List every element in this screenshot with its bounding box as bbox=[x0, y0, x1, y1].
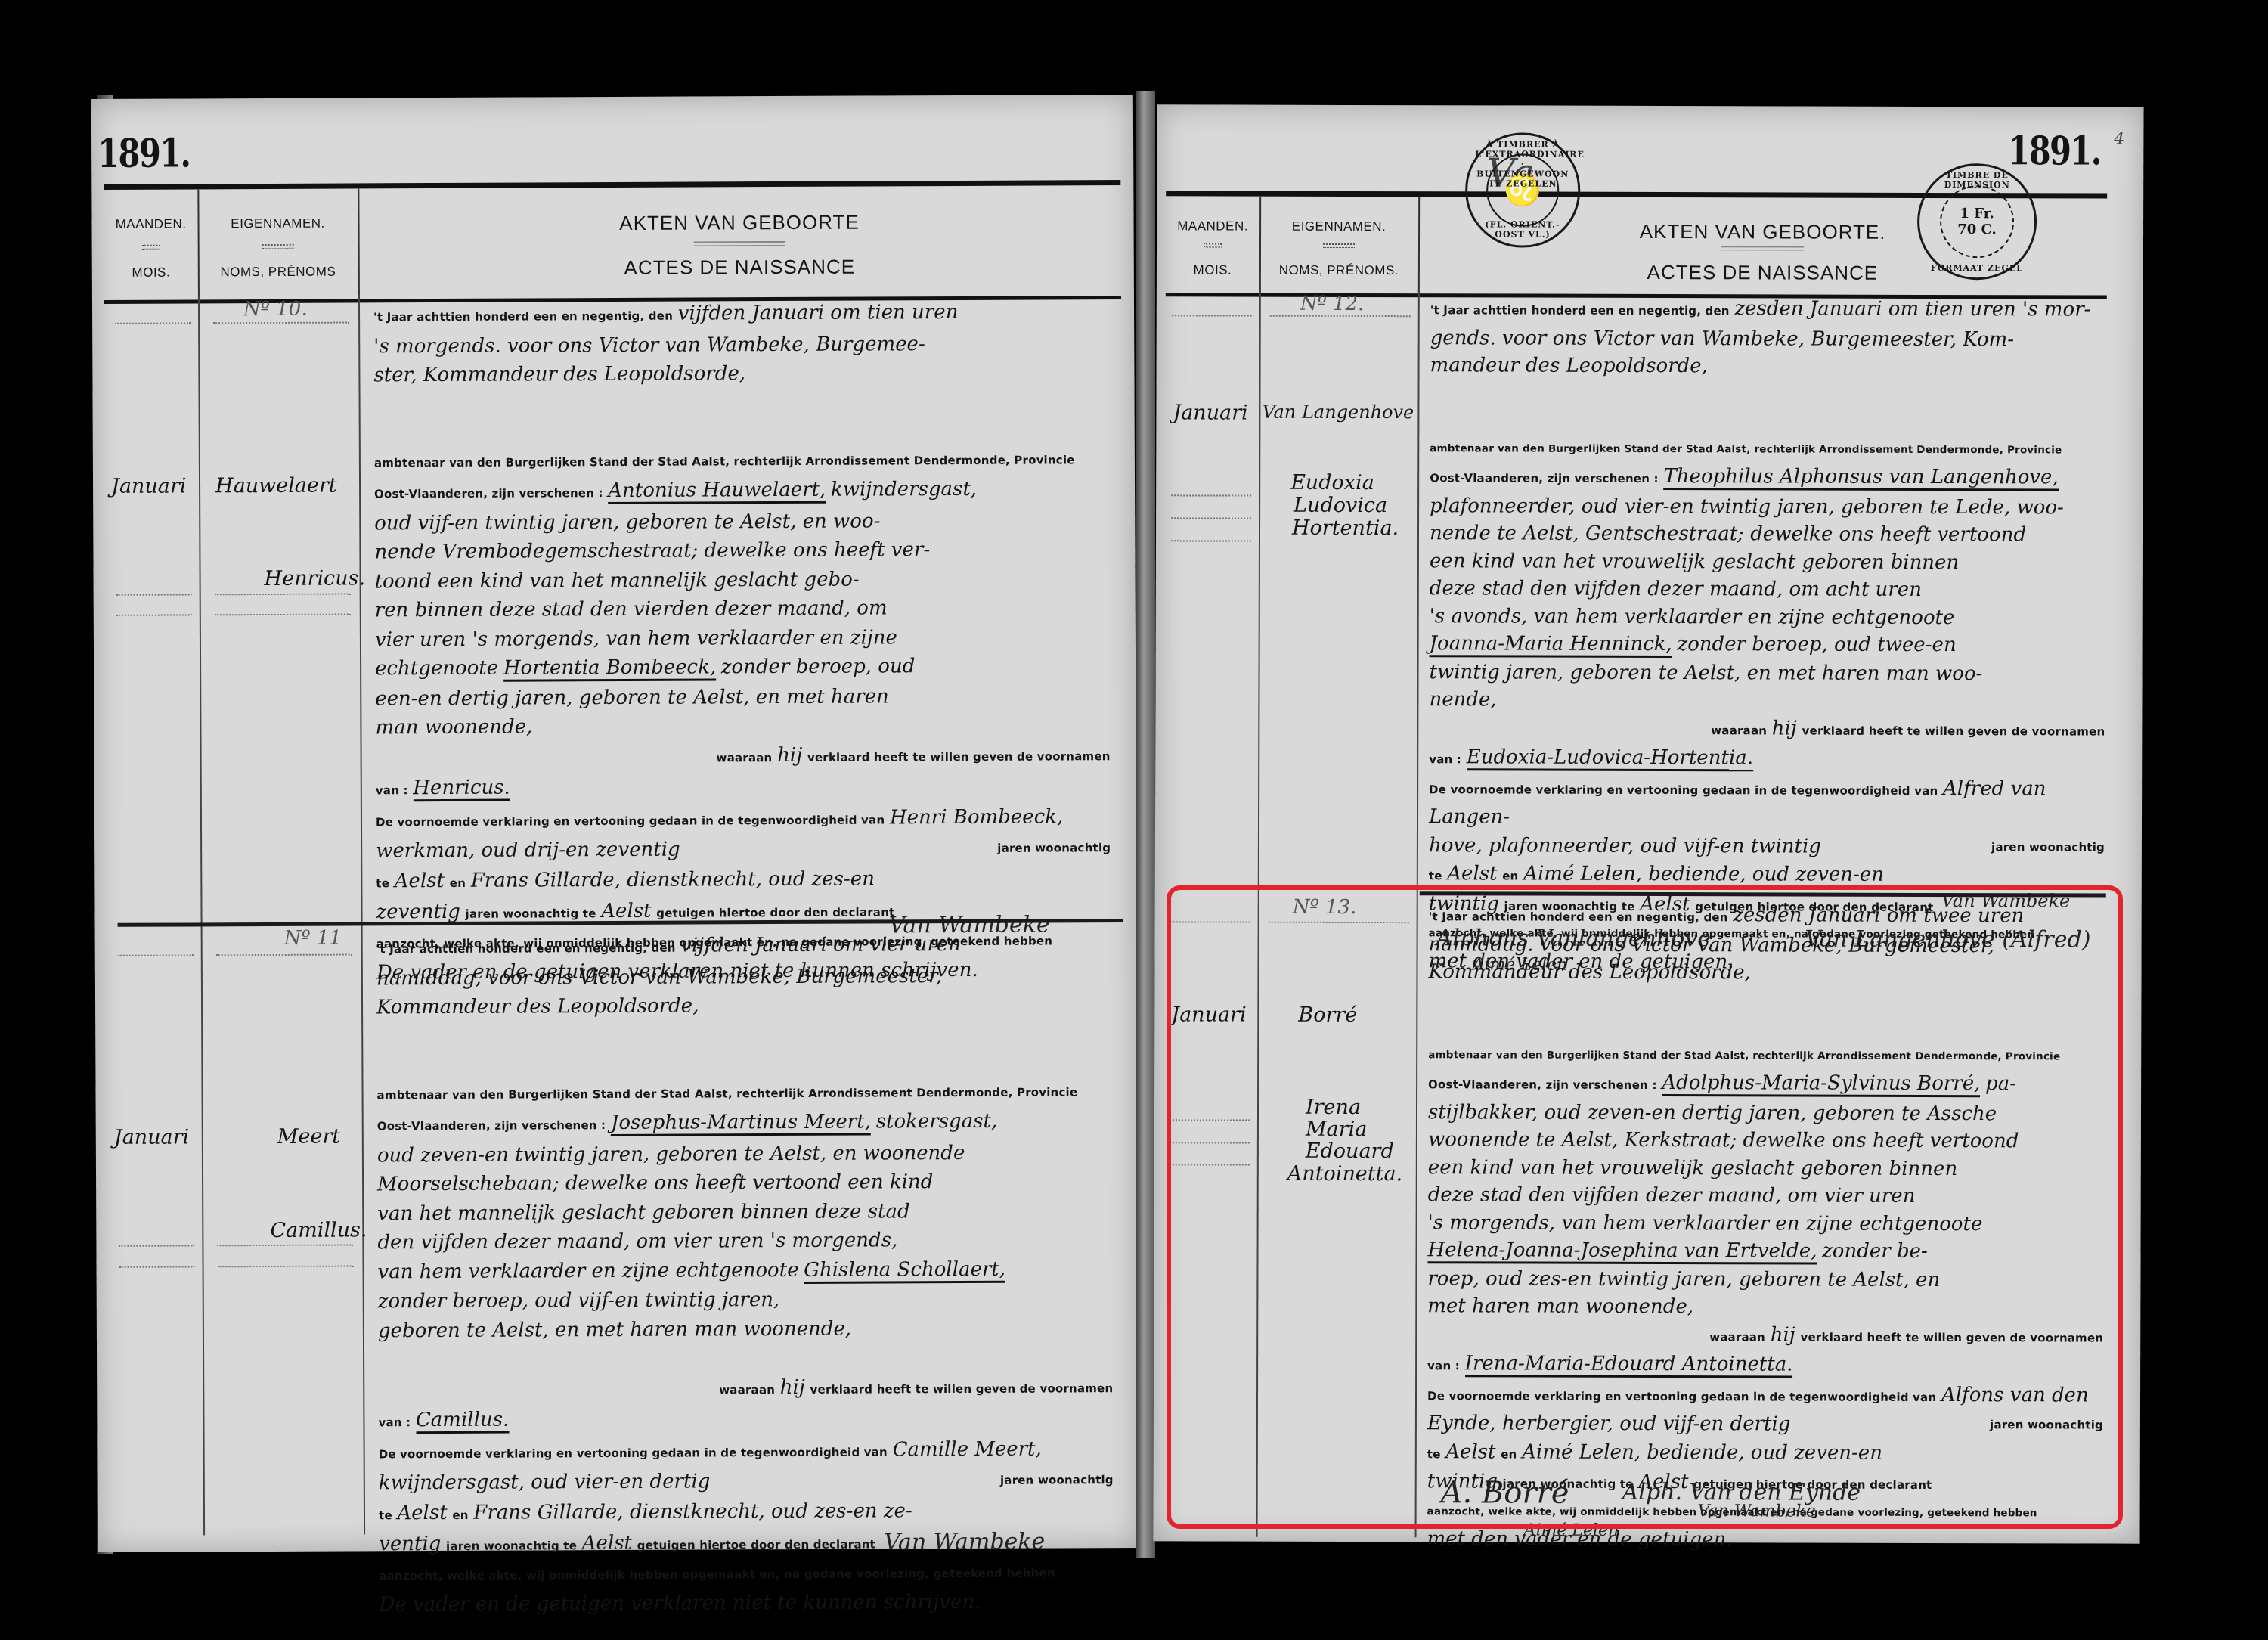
book-spine bbox=[1136, 91, 1155, 1558]
printed-label: van : bbox=[1427, 1359, 1460, 1372]
printed-text: De voornoemde verklaring en vertooning g… bbox=[1427, 1389, 1936, 1404]
declarant-occupation: stokersgast, bbox=[876, 1110, 998, 1133]
handwritten-line: met haren man woonende, bbox=[1427, 1292, 2103, 1322]
printed-official: ambtenaar van den Burgerlijken Stand der… bbox=[1430, 435, 2105, 464]
printed-closing: aanzocht, welke akte, wij onmiddelijk he… bbox=[379, 1558, 1114, 1591]
header-months-fr: MOIS. bbox=[104, 265, 198, 281]
handwritten-word: hij bbox=[780, 1375, 805, 1398]
header-names-fr: NOMS, PRÉNOMS. bbox=[1259, 263, 1418, 279]
header-months-column: MAANDEN. MOIS. bbox=[104, 189, 200, 300]
entry-given-name: Edouard bbox=[1306, 1139, 1394, 1163]
stamp-ring-text: À TIMBRER À L'EXTRAORDINAIRE · BUITENGEW… bbox=[1475, 139, 1570, 188]
declarant-occupation: pa- bbox=[1985, 1072, 2016, 1095]
entry-given-name: Henricus. bbox=[265, 566, 366, 591]
mother-name: Joanna-Maria Henninck, bbox=[1430, 632, 1672, 658]
handwritten-line: woonende te Aelst, Kerkstraat; dewelke o… bbox=[1428, 1126, 2104, 1155]
act-number: Nº 11 bbox=[284, 927, 342, 950]
declarant-name: Josephus-Martinus Meert, bbox=[611, 1111, 871, 1137]
printed-text: getuigen hiertoe door den declarant bbox=[637, 1538, 875, 1552]
entry-given-name: Eudoxia bbox=[1290, 471, 1374, 494]
entry-body: 't Jaar achttien honderd een en negentig… bbox=[1427, 901, 2104, 1555]
handwritten-word: hij bbox=[777, 743, 802, 766]
handwritten-date: zesden Januari om twee uren bbox=[1733, 904, 2024, 927]
entry-given-name: Hortentia. bbox=[1292, 516, 1399, 540]
printed-text: De voornoemde verklaring en vertooning g… bbox=[379, 1445, 888, 1461]
entry-surname: Hauwelaert bbox=[215, 474, 337, 498]
entry-surname: Meert bbox=[277, 1125, 341, 1149]
header-title-fr: ACTES DE NAISSANCE bbox=[358, 254, 1121, 281]
witness-1-place: Aelst bbox=[395, 869, 445, 891]
child-given-names: Irena-Maria-Edouard Antoinetta. bbox=[1465, 1352, 1793, 1378]
printed-appeared: Oost-Vlaanderen, zijn verschenen : bbox=[377, 1118, 606, 1133]
witness-2-name: Aimé Lelen, bediende, oud zeven-en bbox=[1522, 1440, 1882, 1464]
handwritten-word: hij bbox=[1772, 717, 1797, 739]
entry-body: 't Jaar achttien honderd een en negentig… bbox=[376, 929, 1114, 1620]
wreath-icon: 1 Fr. 70 C. bbox=[1940, 185, 2014, 258]
handwritten-line: deze stad den vijfden dezer maand, om ac… bbox=[1430, 575, 2105, 604]
witness-2-place: Aelst bbox=[582, 1532, 632, 1555]
stamp-value: 1 Fr. bbox=[1960, 206, 1994, 222]
printed-text: verklaard heeft te willen geven de voorn… bbox=[810, 1381, 1114, 1397]
handwritten-line: oud vijf-en twintig jaren, geboren te Ae… bbox=[374, 506, 1109, 538]
handwritten-line: 's morgends. voor ons Victor van Wambeke… bbox=[373, 329, 1108, 361]
handwritten-line: den vijfden dezer maand, om vier uren 's… bbox=[377, 1225, 1112, 1257]
tax-stamp-lion: ♌ À TIMBRER À L'EXTRAORDINAIRE · BUITENG… bbox=[1465, 132, 1580, 247]
printed-text: waaraan bbox=[1709, 1330, 1765, 1344]
register-entry-12: Nº 12. Januari Van Langenhove Eudoxia Lu… bbox=[1155, 289, 2143, 888]
printed-appeared: Oost-Vlaanderen, zijn verschenen : bbox=[1428, 1077, 1657, 1092]
printed-appeared: Oost-Vlaanderen, zijn verschenen : bbox=[374, 486, 603, 501]
handwritten-date: zesden Januari om tien uren 's mor- bbox=[1734, 297, 2090, 321]
handwritten-line: een kind van het vrouwelijk geslacht geb… bbox=[1430, 547, 2105, 577]
printed-intro: 't Jaar achttien honderd een en negentig… bbox=[1429, 910, 1728, 924]
header-months-nl: MAANDEN. bbox=[104, 216, 197, 232]
signature-declarant: A. Borré bbox=[1441, 1475, 1569, 1510]
signature-mayor: Van Wambeke bbox=[884, 1529, 1045, 1556]
child-given-names: Camillus. bbox=[416, 1409, 510, 1434]
printed-label: van : bbox=[376, 783, 408, 797]
right-page: Va 1891. 4 MAANDEN. MOIS. EIGENNAMEN. NO… bbox=[1154, 104, 2144, 1543]
witness-2-name: Frans Gillarde, dienstknecht, oud zes-en bbox=[471, 867, 875, 891]
entry-month: Januari bbox=[111, 474, 186, 498]
printed-intro: 't Jaar achttien honderd een en negentig… bbox=[1430, 303, 1730, 318]
handwritten-line: Moorselschebaan; dewelke ons heeft verto… bbox=[377, 1167, 1112, 1199]
printed-official: ambtenaar van den Burgerlijken Stand der… bbox=[376, 1077, 1111, 1110]
printed-label: en bbox=[1501, 1447, 1517, 1461]
register-entry-10: Nº 10. Januari Hauwelaert Henricus. 't J… bbox=[92, 291, 1137, 923]
handwritten-line: 's morgends, van hem verklaarder en zijn… bbox=[1428, 1209, 2104, 1239]
signature-witness: Aimé Lelen bbox=[1524, 1521, 1619, 1540]
witness-1-place: Aelst bbox=[397, 1501, 447, 1524]
handwritten-line: van het mannelijk geslacht geboren binne… bbox=[377, 1196, 1112, 1229]
handwritten-line: gends. voor ons Victor van Wambeke, Burg… bbox=[1430, 324, 2106, 354]
entry-surname: Van Langenhove bbox=[1262, 401, 1414, 423]
act-number: Nº 13. bbox=[1293, 896, 1357, 919]
entry-month: Januari bbox=[1173, 401, 1247, 424]
handwritten-line: Kommandeur des Leopoldsorde, bbox=[376, 990, 1111, 1022]
header-names-fr: NOMS, PRÉNOMS bbox=[198, 264, 358, 280]
printed-label: van : bbox=[1429, 752, 1461, 766]
witness-1-description: werkman, oud drij-en zeventig bbox=[376, 839, 680, 863]
printed-text: jaren woonachtig bbox=[997, 833, 1111, 863]
printed-label: te bbox=[376, 876, 389, 890]
printed-text: verklaard heeft te willen geven de voorn… bbox=[807, 749, 1111, 764]
handwritten-line: zonder beroep, oud twee-en bbox=[1677, 633, 1956, 656]
handwritten-line: ster, Kommandeur des Leopoldsorde, bbox=[373, 358, 1108, 390]
handwritten-line: roep, oud zes-en twintig jaren, geboren … bbox=[1427, 1265, 2103, 1294]
witness-1-place: Aelst bbox=[1445, 1440, 1495, 1463]
handwritten-line: mandeur des Leopoldsorde, bbox=[1430, 352, 2106, 381]
witness-2-name: Frans Gillarde, dienstknecht, oud zes-en… bbox=[473, 1499, 912, 1524]
handwritten-line: namiddag, voor ons Victor van Wambeke, B… bbox=[376, 961, 1111, 994]
printed-label: van : bbox=[378, 1415, 411, 1429]
printed-text: verklaard heeft te willen geven de voorn… bbox=[1800, 1330, 2103, 1344]
header-names-column: EIGENNAMEN. NOMS, PRÉNOMS bbox=[197, 188, 360, 299]
handwritten-line: geboren te Aelst, en met haren man woone… bbox=[378, 1313, 1113, 1346]
stamp-ring-text: FORMAAT ZEGEL bbox=[1927, 263, 2027, 273]
witness-1-place: Aelst bbox=[1447, 862, 1497, 885]
printed-label: en bbox=[452, 1508, 468, 1521]
witness-2-age: ventig bbox=[379, 1533, 441, 1555]
header-months-nl: MAANDEN. bbox=[1166, 219, 1259, 234]
handwritten-line: een kind van het vrouwelijk geslacht geb… bbox=[1428, 1154, 2104, 1183]
handwritten-line: stijlbakker, oud zeven-en dertig jaren, … bbox=[1428, 1099, 2104, 1128]
handwritten-line: nende Vrembodegemschestraat; dewelke ons… bbox=[374, 535, 1109, 567]
declarant-name: Antonius Hauwelaert, bbox=[608, 479, 826, 504]
witness-2-name: Aimé Lelen, bediende, oud zeven-en bbox=[1523, 863, 1884, 886]
stamp-bottom-text: (FL. ORIENT.- OOST VL.) bbox=[1475, 219, 1570, 239]
printed-label: te bbox=[1427, 1447, 1441, 1461]
entry-given-name: Maria bbox=[1306, 1118, 1367, 1141]
printed-text: jaren woonachtig te bbox=[446, 1539, 577, 1553]
entry-given-name: Irena bbox=[1306, 1096, 1361, 1119]
page-year: 1891. bbox=[98, 130, 191, 177]
printed-intro: 't Jaar achttien honderd een en negentig… bbox=[376, 941, 676, 956]
handwritten-line: zonder be- bbox=[1822, 1240, 1928, 1263]
witness-1-name: Henri Bombeeck, bbox=[890, 805, 1063, 829]
handwritten-line: zonder beroep, oud bbox=[721, 655, 916, 678]
header-months-fr: MOIS. bbox=[1166, 262, 1259, 277]
printed-text: jaren woonachtig te bbox=[465, 907, 596, 921]
entry-month: Januari bbox=[114, 1125, 189, 1149]
handwritten-line: nende te Aelst, Gentschestraat; dewelke … bbox=[1430, 519, 2105, 549]
printed-official: ambtenaar van den Burgerlijken Stand der… bbox=[1428, 1041, 2104, 1071]
declarant-name: Theophilus Alphonsus van Langenhove, bbox=[1663, 465, 2058, 491]
entry-body: 't Jaar achttien honderd een en negentig… bbox=[1428, 294, 2105, 976]
child-given-names: Eudoxia-Ludovica-Hortentia. bbox=[1467, 746, 1753, 771]
declarant-occupation: kwijndersgast, bbox=[831, 478, 977, 501]
witness-1-description: kwijndersgast, oud vier-en dertig bbox=[379, 1470, 711, 1494]
handwritten-line: een-en dertig jaren, geboren te Aelst, e… bbox=[375, 681, 1110, 714]
handwritten-line: vier uren 's morgends, van hem verklaard… bbox=[375, 622, 1110, 655]
handwritten-line: 's avonds, van hem verklaarder en zijne … bbox=[1430, 603, 2105, 632]
handwritten-line: van hem verklaarder en zijne echtgenoote bbox=[378, 1258, 799, 1282]
printed-text: jaren woonachtig bbox=[1990, 1411, 2103, 1439]
witness-1-name: Camille Meert, bbox=[893, 1437, 1042, 1461]
handwritten-word: hij bbox=[1771, 1323, 1795, 1346]
handwritten-line: twintig jaren, geboren te Aelst, en met … bbox=[1429, 659, 2105, 688]
printed-label: te bbox=[379, 1508, 392, 1522]
entry-surname: Borré bbox=[1298, 1003, 1357, 1027]
printed-official: ambtenaar van den Burgerlijken Stand der… bbox=[374, 445, 1109, 478]
printed-text: jaren woonachtig bbox=[1000, 1465, 1114, 1495]
page-year: 1891. bbox=[2008, 128, 2100, 174]
printed-intro: 't Jaar achttien honderd een en negentig… bbox=[373, 309, 673, 324]
printed-label: en bbox=[450, 876, 466, 889]
handwritten-line: deze stad den vijfden dezer maand, om vi… bbox=[1428, 1181, 2104, 1211]
printed-text: waaraan bbox=[1711, 724, 1767, 737]
witness-1-description: hove, plafonneerder, oud vijf-en twintig bbox=[1429, 834, 1821, 857]
handwritten-line: ren binnen deze stad den vierden dezer m… bbox=[375, 593, 1110, 625]
printed-text: De voornoemde verklaring en vertooning g… bbox=[376, 813, 885, 829]
printed-text: verklaard heeft te willen geven de voorn… bbox=[1802, 724, 2105, 738]
handwritten-line: Kommandeur des Leopoldsorde, bbox=[1428, 958, 2104, 987]
header-names-nl: EIGENNAMEN. bbox=[197, 215, 358, 231]
printed-text: jaren woonachtig bbox=[1991, 833, 2105, 861]
entry-body: 't Jaar achttien honderd een en negentig… bbox=[373, 297, 1111, 987]
left-page: 1891. MAANDEN. MOIS. EIGENNAMEN. NOMS, P… bbox=[91, 95, 1139, 1552]
entry-given-name: Ludovica bbox=[1294, 494, 1387, 517]
handwritten-line: plafonneerder, oud vier-en twintig jaren… bbox=[1430, 492, 2105, 522]
witness-2-age: zeventig bbox=[376, 901, 460, 923]
printed-text: getuigen hiertoe door den declarant bbox=[656, 905, 894, 919]
header-title: AKTEN VAN GEBOORTE ACTES DE NAISSANCE bbox=[358, 185, 1121, 299]
mother-name: Ghislena Schollaert, bbox=[804, 1257, 1005, 1283]
register-entry-11: Nº 11 Januari Meert Camillus. 't Jaar ac… bbox=[95, 923, 1140, 1548]
child-given-names: Henricus. bbox=[413, 777, 510, 802]
handwritten-line: man woonende, bbox=[375, 710, 1110, 742]
handwritten-line: toond een kind van het mannelijk geslach… bbox=[375, 564, 1110, 597]
handwritten-line: nende, bbox=[1429, 686, 2105, 715]
stamp-value: 70 C. bbox=[1957, 222, 1997, 237]
witness-2-place: Aelst bbox=[601, 900, 651, 922]
declarant-name: Adolphus-Maria-Sylvinus Borré, bbox=[1662, 1071, 1980, 1097]
handwritten-date: vijfden Januari om tien uren bbox=[678, 301, 959, 325]
printed-label: en bbox=[1502, 869, 1518, 882]
printed-text: waaraan bbox=[717, 751, 773, 764]
entry-given-name: Camillus. bbox=[270, 1218, 367, 1242]
entry-month: Januari bbox=[1171, 1003, 1246, 1026]
mother-name: Helena-Joanna-Josephina van Ertvelde, bbox=[1427, 1239, 1817, 1264]
header-names-nl: EIGENNAMEN. bbox=[1259, 219, 1418, 235]
handwritten-closing: De vader en de getuigen verklaren niet t… bbox=[379, 1587, 1114, 1620]
register-header: MAANDEN. MOIS. EIGENNAMEN. NOMS, PRÉNOMS… bbox=[104, 180, 1121, 304]
entry-given-name: Antoinetta. bbox=[1287, 1162, 1402, 1186]
act-number: Nº 10. bbox=[243, 298, 308, 321]
signature-mayor: Van Wambeke bbox=[1698, 1502, 1816, 1521]
printed-label: te bbox=[1429, 869, 1442, 882]
handwritten-line: echtgenoote bbox=[375, 657, 498, 680]
handwritten-line: zonder beroep, oud vijf-en twintig jaren… bbox=[378, 1284, 1113, 1316]
handwritten-date: vijfden Januari om vier uren bbox=[680, 933, 961, 957]
header-names-column: EIGENNAMEN. NOMS, PRÉNOMS. bbox=[1259, 197, 1420, 294]
header-months-column: MAANDEN. MOIS. bbox=[1166, 196, 1261, 293]
handwritten-line: namiddag. voor ons Victor van Wambeke, B… bbox=[1429, 931, 2105, 960]
witness-1-description: Eynde, herbergier, oud vijf-en dertig bbox=[1427, 1412, 1791, 1435]
register-entry-13: Nº 13. Januari Borré Irena Maria Edouard… bbox=[1154, 895, 2142, 1518]
act-number: Nº 12. bbox=[1300, 293, 1365, 315]
printed-text: waaraan bbox=[719, 1383, 775, 1397]
page-number: 4 bbox=[2114, 130, 2124, 149]
stamp-ring-text: TIMBRE DE DIMENSION bbox=[1927, 170, 2027, 190]
printed-appeared: Oost-Vlaanderen, zijn verschenen : bbox=[1430, 471, 1659, 485]
header-title-nl: AKTEN VAN GEBOORTE bbox=[358, 209, 1120, 236]
handwritten-line: oud zeven-en twintig jaren, geboren te A… bbox=[377, 1138, 1112, 1170]
mother-name: Hortentia Bombeeck, bbox=[503, 656, 716, 681]
witness-1-name: Alfons van den bbox=[1941, 1384, 2089, 1407]
printed-text: De voornoemde verklaring en vertooning g… bbox=[1429, 783, 1938, 798]
tax-stamp-dimension: 1 Fr. 70 C. TIMBRE DE DIMENSION FORMAAT … bbox=[1917, 163, 2037, 280]
